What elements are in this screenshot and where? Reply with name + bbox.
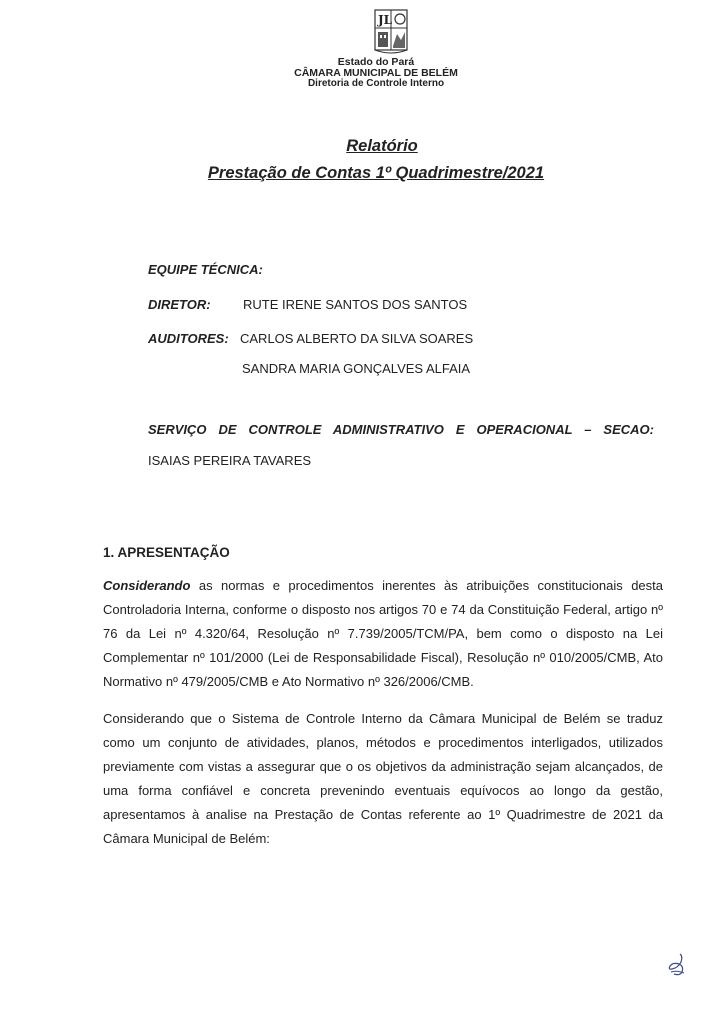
service-member-name: ISAIAS PEREIRA TAVARES [148,453,311,468]
paragraph-lead: Considerando [103,578,190,593]
auditor-name: SANDRA MARIA GONÇALVES ALFAIA [242,361,470,376]
director-label: DIRETOR: [148,297,211,312]
director-name: RUTE IRENE SANTOS DOS SANTOS [243,297,467,312]
header-department: Diretoria de Controle Interno [0,78,724,90]
paragraph: Considerando as normas e procedimentos i… [103,574,663,694]
auditors-label: AUDITORES: [148,331,229,346]
section-heading: 1. APRESENTAÇÃO [103,545,230,560]
coat-of-arms-icon: JL [373,8,409,54]
svg-text:JL: JL [377,13,393,27]
signature-initials-icon [666,952,688,978]
paragraph: Considerando que o Sistema de Controle I… [103,707,663,851]
auditor-name: CARLOS ALBERTO DA SILVA SOARES [240,331,473,346]
paragraph-text: as normas e procedimentos inerentes às a… [103,578,663,689]
report-title: Relatório [0,137,724,156]
report-subtitle: Prestação de Contas 1º Quadrimestre/2021 [0,164,724,183]
team-heading: EQUIPE TÉCNICA: [148,262,263,277]
service-heading: SERVIÇO DE CONTROLE ADMINISTRATIVO E OPE… [148,422,654,437]
